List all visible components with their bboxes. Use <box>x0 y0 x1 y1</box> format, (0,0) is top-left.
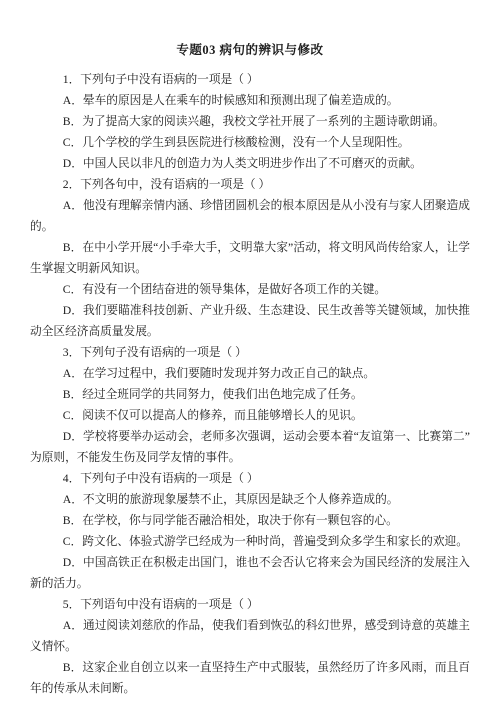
question-stem: 3．下列句子没有语病的一项是（ ） <box>30 342 470 363</box>
option-line: C．阅读不仅可以提高人的修养，而且能够增长人的见识。 <box>30 405 470 426</box>
question-block-2: 2．下列各句中，没有语病的一项是（ ） A．他没有理解亲情内涵、珍惜团圆机会的根… <box>30 174 470 342</box>
question-block-3: 3．下列句子没有语病的一项是（ ） A．在学习过程中，我们要随时发现并努力改正自… <box>30 342 470 468</box>
option-line: A．不文明的旅游现象屡禁不止，其原因是缺乏个人修养造成的。 <box>30 489 470 510</box>
option-line: D．中国高铁正在积极走出国门，谁也不会否认它将来会为国民经济的发展注入新的活力。 <box>30 552 470 594</box>
question-block-5: 5．下列语句中没有语病的一项是（ ） A．通过阅读刘慈欣的作品，使我们看到恢弘的… <box>30 594 470 699</box>
option-line: C．跨文化、体验式游学已经成为一种时尚，普遍受到众多学生和家长的欢迎。 <box>30 531 470 552</box>
option-line: C．几个学校的学生到县医院进行核酸检测，没有一个人呈现阳性。 <box>30 132 470 153</box>
question-stem: 5．下列语句中没有语病的一项是（ ） <box>30 594 470 615</box>
option-line: D．中国人民以非凡的创造力为人类文明进步作出了不可磨灭的贡献。 <box>30 153 470 174</box>
option-line: A．在学习过程中，我们要随时发现并努力改正自己的缺点。 <box>30 363 470 384</box>
question-block-4: 4．下列句子中没有语病的一项是（ ） A．不文明的旅游现象屡禁不止，其原因是缺乏… <box>30 468 470 594</box>
page-title: 专题03 病句的辨识与修改 <box>30 40 470 61</box>
option-line: B．在中小学开展“小手牵大手，文明靠大家”活动，将文明风尚传给家人，让学生掌握文… <box>30 237 470 279</box>
question-stem: 4．下列句子中没有语病的一项是（ ） <box>30 468 470 489</box>
question-stem: 1．下列句子中没有语病的一项是（ ） <box>30 69 470 90</box>
option-line: C．有没有一个团结奋进的领导集体，是做好各项工作的关键。 <box>30 279 470 300</box>
document-page: 专题03 病句的辨识与修改 1．下列句子中没有语病的一项是（ ） A．晕车的原因… <box>0 0 500 707</box>
question-stem: 2．下列各句中，没有语病的一项是（ ） <box>30 174 470 195</box>
option-line: D．我们要瞄准科技创新、产业升级、生态建设、民生改善等关键领域，加快推动全区经济… <box>30 300 470 342</box>
question-block-1: 1．下列句子中没有语病的一项是（ ） A．晕车的原因是人在乘车的时候感知和预测出… <box>30 69 470 174</box>
option-line: B．为了提高大家的阅读兴趣，我校文学社开展了一系列的主题诗歌朗诵。 <box>30 111 470 132</box>
option-line: A．晕车的原因是人在乘车的时候感知和预测出现了偏差造成的。 <box>30 90 470 111</box>
option-line: B．在学校，你与同学能否融洽相处，取决于你有一颗包容的心。 <box>30 510 470 531</box>
option-line: D．学校将要举办运动会，老师多次强调，运动会要本着“友谊第一、比赛第二”为原则，… <box>30 426 470 468</box>
option-line: A．通过阅读刘慈欣的作品，使我们看到恢弘的科幻世界，感受到诗意的英雄主义情怀。 <box>30 615 470 657</box>
option-line: B．这家企业自创立以来一直坚持生产中式服装，虽然经历了许多风雨，而且百年的传承从… <box>30 657 470 699</box>
option-line: B．经过全班同学的共同努力，使我们出色地完成了任务。 <box>30 384 470 405</box>
option-line: A．他没有理解亲情内涵、珍惜团圆机会的根本原因是从小没有与家人团聚造成的。 <box>30 195 470 237</box>
